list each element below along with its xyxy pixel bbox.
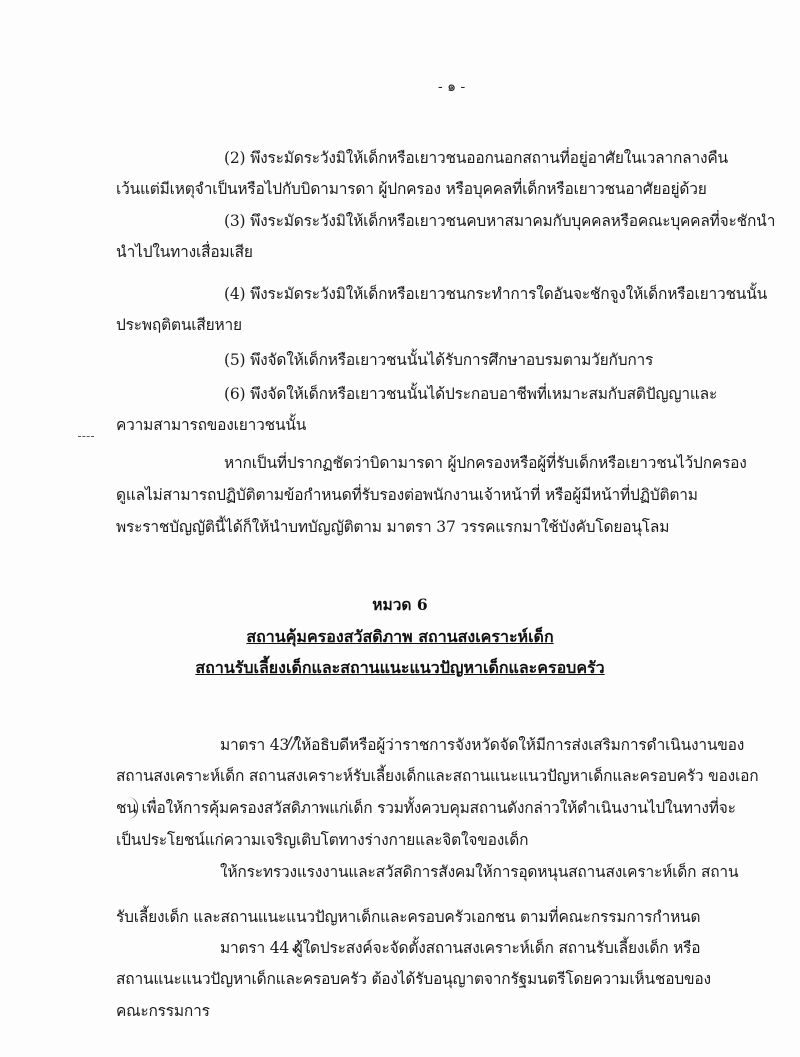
document-page: - ๑ - (2) พึงระมัดระวังมิให้เด็กหรือเยาว…	[0, 0, 800, 1057]
paragraph-line: (5) พึงจัดให้เด็กหรือเยาวชนนั้นได้รับการ…	[224, 349, 653, 371]
section-line: ให้กระทรวงแรงงานและสวัสดิการสังคมให้การอ…	[220, 861, 738, 883]
chapter-heading-line1: สถานคุ้มครองสวัสดิภาพ สถานสงเคราะห์เด็ก	[0, 625, 800, 650]
chapter-heading-line2: สถานรับเลี้ยงเด็กและสถานแนะแนวปัญหาเด็กแ…	[0, 656, 800, 681]
chapter-number: หมวด 6	[0, 592, 800, 617]
paragraph-line: (3) พึงระมัดระวังมิให้เด็กหรือเยาวชนคบหา…	[224, 210, 775, 232]
paragraph-line: ประพฤติตนเสียหาย	[116, 314, 242, 336]
section-line: สถานแนะแนวปัญหาเด็กและครอบครัว ต้องได้รั…	[116, 968, 711, 990]
paragraph-line: (2) พึงระมัดระวังมิให้เด็กหรือเยาวชนออกน…	[224, 147, 728, 169]
paragraph-line: ความสามารถของเยาวชนนั้น	[116, 414, 306, 436]
section-line: สถานสงเคราะห์เด็ก สถานสงเคราะห์รับเลี้ยง…	[116, 765, 758, 787]
section-line: ชน เพื่อให้การคุ้มครองสวัสดิภาพแก่เด็ก ร…	[116, 797, 736, 819]
section-line: เป็นประโยชน์แก่ความเจริญเติบโตทางร่างกาย…	[116, 829, 528, 851]
paragraph-line: นำไปในทางเสื่อมเสีย	[116, 241, 253, 263]
section-line: มาตรา 43 ให้อธิบดีหรือผู้ว่าราชการจังหวั…	[220, 734, 744, 756]
paragraph-line: ดูแลไม่สามารถปฏิบัติตามข้อกำหนดที่รับรอง…	[116, 484, 698, 506]
section-line: รับเลี้ยงเด็ก และสถานแนะแนวปัญหาเด็กและค…	[116, 906, 700, 928]
margin-dash-mark	[78, 436, 94, 438]
handwritten-check-mark: ✓	[290, 938, 303, 957]
paragraph-line: (4) พึงระมัดระวังมิให้เด็กหรือเยาวชนกระท…	[224, 283, 767, 305]
paragraph-line: เว้นแต่มีเหตุจำเป็นหรือไปกับบิดามารดา ผู…	[116, 178, 707, 200]
page-number: - ๑ -	[438, 76, 465, 98]
paragraph-line: พระราชบัญญัตินี้ได้ก็ให้นำบทบัญญัติตาม ม…	[116, 516, 669, 538]
paragraph-line: (6) พึงจัดให้เด็กหรือเยาวชนนั้นได้ประกอบ…	[224, 383, 717, 405]
section-line: คณะกรรมการ	[116, 1000, 210, 1022]
handwritten-mark: //	[286, 733, 297, 752]
paragraph-line: หากเป็นที่ปรากฏชัดว่าบิดามารดา ผู้ปกครอง…	[224, 452, 747, 474]
